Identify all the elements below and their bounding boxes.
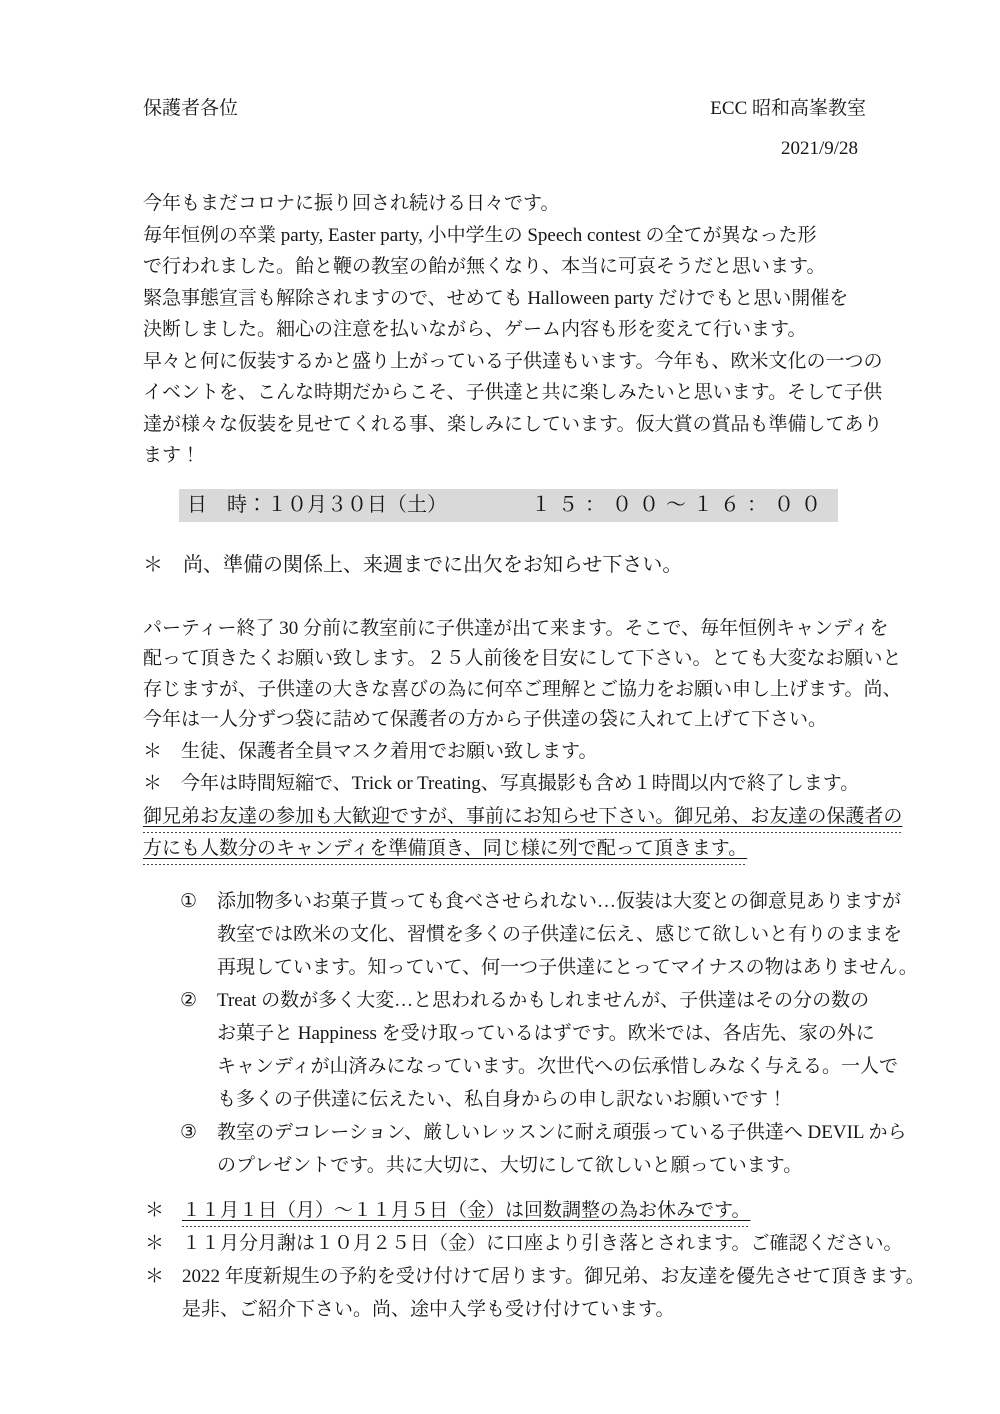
mid-notes: ＊ 生徒、保護者全員マスク着用でお願い致します。 ＊ 今年は時間短縮で、Tric… [143, 736, 866, 866]
text-line: キャンディが山済みになっています。次世代への伝承惜しみなく与える。一人で [217, 1050, 898, 1083]
text-line: 2022 年度新規生の予約を受け付けて居ります。御兄弟、お友達を優先させて頂きま… [182, 1260, 925, 1293]
point-text: 教室のデコレーション、厳しいレッスンに耐え頑張っている子供達へ DEVIL から… [217, 1116, 907, 1182]
intro-paragraph: 今年もまだコロナに振り回され続ける日々です。 毎年恒例の卒業 party, Ea… [143, 188, 866, 472]
asterisk-marker: ＊ [143, 1260, 182, 1326]
numbered-points: ① 添加物多いお菓子貰っても食べさせられない…仮装は大変との御意見ありますが 教… [143, 885, 866, 1182]
mask-note: ＊ 生徒、保護者全員マスク着用でお願い致します。 [143, 736, 866, 769]
point-2: ② Treat の数が多く大変…と思われるかもしれませんが、子供達はその分の数の… [143, 984, 866, 1116]
siblings-note-line: 方にも人数分のキャンディを準備頂き、同じ様に列で配って頂きます。 [143, 833, 866, 866]
note-text: １１月分月謝は１０月２５日（金）に口座より引き落とされます。ご確認ください。 [182, 1227, 902, 1260]
recipient: 保護者各位 [143, 96, 238, 122]
text-line: 添加物多いお菓子貰っても食べさせられない…仮装は大変との御意見ありますが [217, 885, 918, 918]
text-line: 是非、ご紹介下さい。尚、途中入学も受け付けています。 [182, 1293, 925, 1326]
point-text: 添加物多いお菓子貰っても食べさせられない…仮装は大変との御意見ありますが 教室で… [217, 885, 918, 984]
footer-note-tuition: ＊ １１月分月謝は１０月２５日（金）に口座より引き落とされます。ご確認ください。 [143, 1227, 866, 1260]
text-line: 配って頂きたくお願い致します。２５人前後を目安にして下さい。とても大変なお願いと [143, 644, 866, 675]
text-line: パーティー終了 30 分前に教室前に子供達が出て来ます。そこで、毎年恒例キャンデ… [143, 614, 866, 645]
text-line: のプレゼントです。共に大切に、大切にして欲しいと願っています。 [217, 1149, 907, 1182]
text-line: イベントを、こんな時期だからこそ、子供達と共に楽しみたいと思います。そして子供 [143, 377, 866, 409]
asterisk-marker: ＊ [143, 1194, 182, 1227]
text-line: １１月１日（月）～１１月５日（金）は回数調整の為お休みです。 [182, 1194, 866, 1227]
rsvp-note: ＊ 尚、準備の関係上、来週までに出欠をお知らせ下さい。 [143, 552, 866, 578]
header: 保護者各位 ECC 昭和高峯教室 [143, 96, 866, 122]
schedule-highlight: 日 時：１０月３０日（土） １５：００～１６：００ [179, 489, 838, 522]
note-text: 2022 年度新規生の予約を受け付けて居ります。御兄弟、お友達を優先させて頂きま… [182, 1260, 925, 1326]
candy-request-paragraph: パーティー終了 30 分前に教室前に子供達が出て来ます。そこで、毎年恒例キャンデ… [143, 614, 866, 736]
text-line: 存じますが、子供達の大きな喜びの為に何卒ご理解とご協力をお願い申し上げます。尚、 [143, 675, 866, 706]
text-line: 早々と何に仮装するかと盛り上がっている子供達もいます。今年も、欧米文化の一つの [143, 346, 866, 378]
text-line: 決断しました。細心の注意を払いながら、ゲーム内容も形を変えて行います。 [143, 314, 866, 346]
siblings-note-line: 御兄弟お友達の参加も大歓迎ですが、事前にお知らせ下さい。御兄弟、お友達の保護者の [143, 801, 866, 834]
footer-note-holiday: ＊ １１月１日（月）～１１月５日（金）は回数調整の為お休みです。 [143, 1194, 866, 1227]
text-line: 緊急事態宣言も解除されますので、せめても Halloween party だけで… [143, 283, 866, 315]
text-line: ます！ [143, 440, 866, 472]
point-number: ① [143, 885, 217, 984]
point-3: ③ 教室のデコレーション、厳しいレッスンに耐え頑張っている子供達へ DEVIL … [143, 1116, 866, 1182]
underlined-text: 御兄弟お友達の参加も大歓迎ですが、事前にお知らせ下さい。御兄弟、お友達の保護者の [143, 806, 902, 833]
point-text: Treat の数が多く大変…と思われるかもしれませんが、子供達はその分の数の お… [217, 984, 898, 1116]
shorten-note: ＊ 今年は時間短縮で、Trick or Treating、写真撮影も含め１時間以… [143, 768, 866, 801]
point-number: ② [143, 984, 217, 1116]
schedule-date: 日 時：１０月３０日（土） [187, 492, 447, 518]
asterisk-marker: ＊ [143, 1227, 182, 1260]
text-line: も多くの子供達に伝えたい、私自身からの申し訳ないお願いです！ [217, 1083, 898, 1116]
text-line: 今年もまだコロナに振り回され続ける日々です。 [143, 188, 866, 220]
underlined-text: １１月１日（月）～１１月５日（金）は回数調整の為お休みです。 [182, 1200, 750, 1227]
text-line: で行われました。飴と鞭の教室の飴が無くなり、本当に可哀そうだと思います。 [143, 251, 866, 283]
issue-date: 2021/9/28 [143, 136, 866, 162]
text-line: 今年は一人分ずつ袋に詰めて保護者の方から子供達の袋に入れて上げて下さい。 [143, 705, 866, 736]
point-1: ① 添加物多いお菓子貰っても食べさせられない…仮装は大変との御意見ありますが 教… [143, 885, 866, 984]
text-line: １１月分月謝は１０月２５日（金）に口座より引き落とされます。ご確認ください。 [182, 1227, 902, 1260]
note-text: １１月１日（月）～１１月５日（金）は回数調整の為お休みです。 [182, 1194, 866, 1227]
page-content: 保護者各位 ECC 昭和高峯教室 2021/9/28 今年もまだコロナに振り回さ… [143, 96, 866, 1326]
text-line: 教室では欧米の文化、習慣を多くの子供達に伝え、感じて欲しいと有りのままを [217, 918, 918, 951]
text-line: 再現しています。知っていて、何一つ子供達にとってマイナスの物はありません。 [217, 951, 918, 984]
underlined-text: 方にも人数分のキャンディを準備頂き、同じ様に列で配って頂きます。 [143, 838, 747, 865]
footer-notes: ＊ １１月１日（月）～１１月５日（金）は回数調整の為お休みです。 ＊ １１月分月… [143, 1194, 866, 1326]
newsletter-page: 保護者各位 ECC 昭和高峯教室 2021/9/28 今年もまだコロナに振り回さ… [0, 0, 1000, 1414]
text-line: お菓子と Happiness を受け取っているはずです。欧米では、各店先、家の外… [217, 1017, 898, 1050]
footer-note-enrollment: ＊ 2022 年度新規生の予約を受け付けて居ります。御兄弟、お友達を優先させて頂… [143, 1260, 866, 1326]
text-line: 教室のデコレーション、厳しいレッスンに耐え頑張っている子供達へ DEVIL から [217, 1116, 907, 1149]
text-line: 毎年恒例の卒業 party, Easter party, 小中学生の Speec… [143, 220, 866, 252]
text-line: Treat の数が多く大変…と思われるかもしれませんが、子供達はその分の数の [217, 984, 898, 1017]
sender-name: ECC 昭和高峯教室 [710, 96, 866, 122]
point-number: ③ [143, 1116, 217, 1182]
text-line: 達が様々な仮装を見せてくれる事、楽しみにしています。仮大賞の賞品も準備してあり [143, 409, 866, 441]
schedule-time: １５：００～１６：００ [531, 492, 828, 518]
